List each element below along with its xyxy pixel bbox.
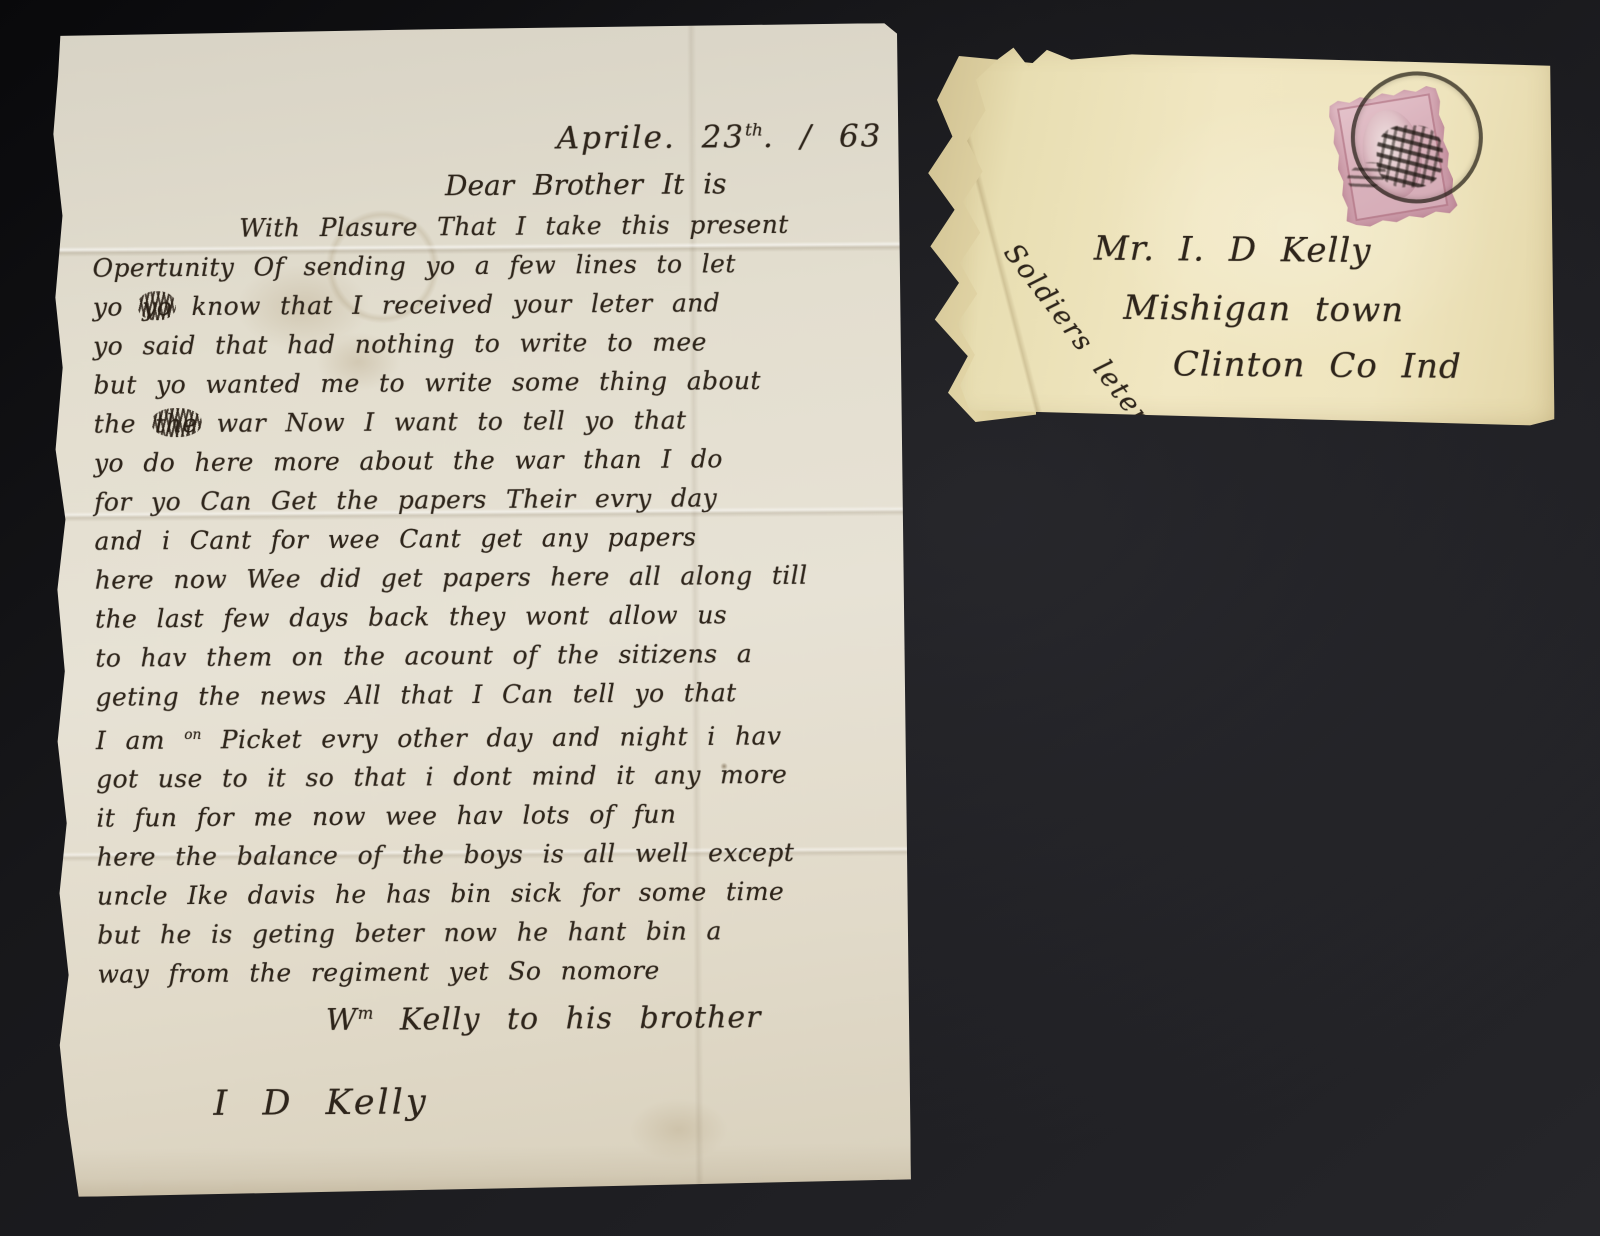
letter-line: it fun for me now wee hav lots of fun bbox=[96, 793, 896, 838]
letter-line: and i Cant for wee Cant get any papers bbox=[94, 516, 894, 561]
letter-line: but he is geting beter now he hant bin a bbox=[97, 910, 897, 955]
letter-sheet: Aprile. 23th. / 63 Dear Brother It is Wi… bbox=[51, 23, 911, 1197]
letter-closing-signature: Wm Kelly to his brother bbox=[326, 1000, 762, 1038]
struck-out-word: yo bbox=[142, 292, 172, 321]
address-line: Mr. I. D Kelly bbox=[1094, 229, 1372, 271]
cancellation-marks bbox=[1376, 125, 1443, 188]
letter-body: With Plasure That I take this presentOpe… bbox=[92, 204, 897, 994]
letter-line: here the balance of the boys is all well… bbox=[97, 832, 897, 877]
letter-line: I am on Picket evry other day and night … bbox=[96, 711, 896, 760]
letter-line: for yo Can Get the papers Their evry day bbox=[94, 477, 894, 522]
letter-line: yo do here more about the war than I do bbox=[94, 438, 894, 483]
letter-line: way from the regiment yet So nomore bbox=[97, 949, 897, 994]
letter-line: With Plasure That I take this present bbox=[92, 204, 892, 249]
letter-salutation: Dear Brother It is bbox=[445, 167, 727, 202]
letter-recipient-name: I D Kelly bbox=[213, 1082, 429, 1124]
photo-of-civil-war-letter-and-envelope: { "photo": { "background_color": "#1b1b1… bbox=[0, 0, 1600, 1236]
letter-line: yo said that had nothing to write to mee bbox=[93, 321, 893, 366]
address-line: Mishigan town bbox=[1123, 288, 1404, 330]
address-line: Clinton Co Ind bbox=[1173, 344, 1462, 387]
letter-line: to hav them on the acount of the sitizen… bbox=[95, 633, 895, 678]
letter-line: uncle Ike davis he has bin sick for some… bbox=[97, 871, 897, 916]
letter-line: the the war Now I want to tell yo that bbox=[94, 399, 894, 444]
letter-line: but yo wanted me to write some thing abo… bbox=[93, 360, 893, 405]
letter-line: yo yo know that I received your leter an… bbox=[93, 282, 893, 327]
letter-date: Aprile. 23th. / 63 bbox=[557, 118, 883, 156]
letter-line: geting the news All that I Can tell yo t… bbox=[95, 672, 895, 717]
letter-line: here now Wee did get papers here all alo… bbox=[95, 555, 895, 600]
letter-line: the last few days back they wont allow u… bbox=[95, 594, 895, 639]
letter-line: Opertunity Of sending yo a few lines to … bbox=[92, 243, 892, 288]
struck-out-word: the bbox=[155, 409, 197, 438]
envelope: Mr. I. D KellyMishigan townClinton Co In… bbox=[946, 41, 1557, 428]
letter-line: got use to it so that i dont mind it any… bbox=[96, 754, 896, 799]
